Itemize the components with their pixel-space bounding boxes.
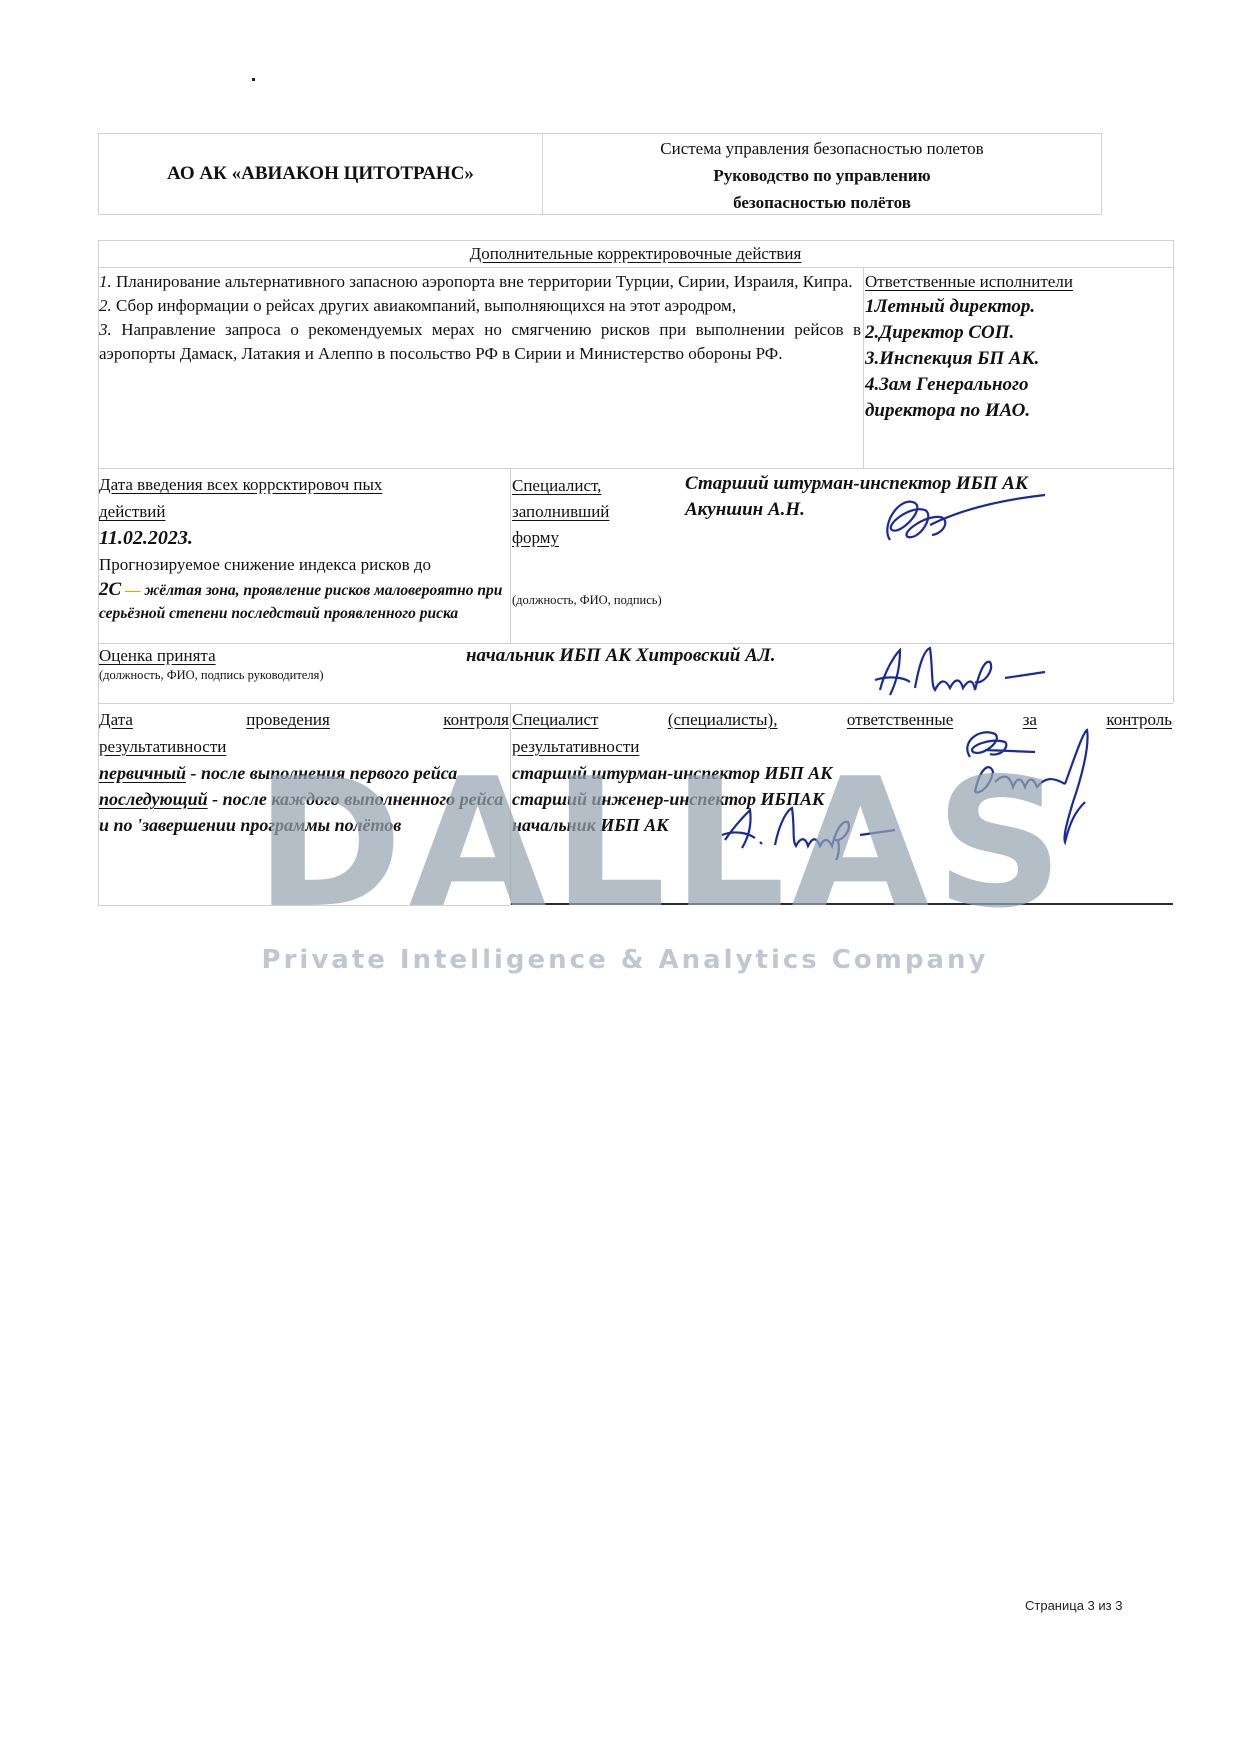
action-item-1: 1. Планирование альтернативного запасною… bbox=[99, 270, 861, 294]
risk-forecast: 2C — жёлтая зона, проявление рисков мало… bbox=[99, 578, 509, 625]
watermark-tagline: Private Intelligence & Analytics Company bbox=[255, 945, 995, 975]
control-subsequent: последующий - после каждого выполненного… bbox=[99, 786, 509, 838]
control-date-cell: Дата проведения контроля результативност… bbox=[99, 706, 509, 838]
risk-description: жёлтая зона, проявление рисков маловероя… bbox=[99, 582, 502, 622]
corrective-actions-list: 1. Планирование альтернативного запасною… bbox=[99, 270, 861, 366]
document-title-block: Система управления безопасностью полетов… bbox=[543, 134, 1101, 214]
implementation-date-value: 11.02.2023. bbox=[99, 525, 509, 551]
acceptance-value: начальник ИБП АК Хитровский АЛ. bbox=[466, 645, 776, 667]
implementation-date-cell: Дата введения всех коррсктировоч пых дей… bbox=[99, 471, 509, 625]
system-name: Система управления безопасностью полетов bbox=[543, 135, 1101, 162]
control-date-label-line1: Дата проведения контроля bbox=[99, 706, 509, 733]
page-number: Страница 3 из 3 bbox=[1025, 1598, 1122, 1613]
corrective-actions-title: Дополнительные корректировочные действия bbox=[98, 242, 1173, 266]
acceptance-caption: (должность, ФИО, подпись руководителя) bbox=[99, 668, 499, 683]
forecast-text: Прогнозируемое снижение индекса рисков д… bbox=[99, 551, 509, 578]
implementation-date-label: Дата введения всех коррсктировоч пых дей… bbox=[99, 471, 509, 525]
responsible-item: 2.Директор СОП. bbox=[865, 320, 1170, 346]
acceptance-label: Оценка принята bbox=[99, 644, 499, 668]
signature-khitrovsky-2-icon bbox=[720, 800, 950, 860]
manual-title-line1: Руководство по управлению bbox=[543, 162, 1101, 189]
signature-akunshin-icon bbox=[870, 485, 1060, 555]
risk-index: 2C bbox=[99, 579, 121, 600]
responsible-item: 1Летный директор. bbox=[865, 294, 1170, 320]
specialist-filled-label: Специалист, заполнивший форму bbox=[512, 473, 609, 551]
control-primary: первичный - после выполнения первого рей… bbox=[99, 760, 509, 786]
action-item-2: 2. Сбор информации о рейсах других авиак… bbox=[99, 294, 861, 318]
responsible-item: 4.Зам Генерального директора по ИАО. bbox=[865, 372, 1065, 424]
acceptance-cell: Оценка принята (должность, ФИО, подпись … bbox=[99, 644, 499, 683]
specialist-caption: (должность, ФИО, подпись) bbox=[512, 593, 662, 608]
responsible-title: Ответственные исполнители bbox=[865, 270, 1170, 294]
responsible-list: 1Летный директор. 2.Директор СОП. 3.Инсп… bbox=[865, 294, 1170, 424]
scan-speck bbox=[252, 78, 255, 81]
signature-control-icon bbox=[955, 722, 1125, 852]
control-schedule: первичный - после выполнения первого рей… bbox=[99, 760, 509, 838]
manual-title-line2: безопасностью полётов bbox=[543, 189, 1101, 216]
responsible-executors: Ответственные исполнители 1Летный директ… bbox=[865, 270, 1170, 424]
signature-khitrovsky-icon bbox=[865, 640, 1075, 705]
document-header: АО АК «АВИАКОН ЦИТОТРАНС» Система управл… bbox=[98, 133, 1102, 215]
company-name: АО АК «АВИАКОН ЦИТОТРАНС» bbox=[99, 134, 543, 214]
action-item-3: 3. Направление запроса о рекомендуемых м… bbox=[99, 318, 861, 366]
control-date-label-line2: результативности bbox=[99, 733, 509, 760]
responsible-item: 3.Инспекция БП АК. bbox=[865, 346, 1170, 372]
